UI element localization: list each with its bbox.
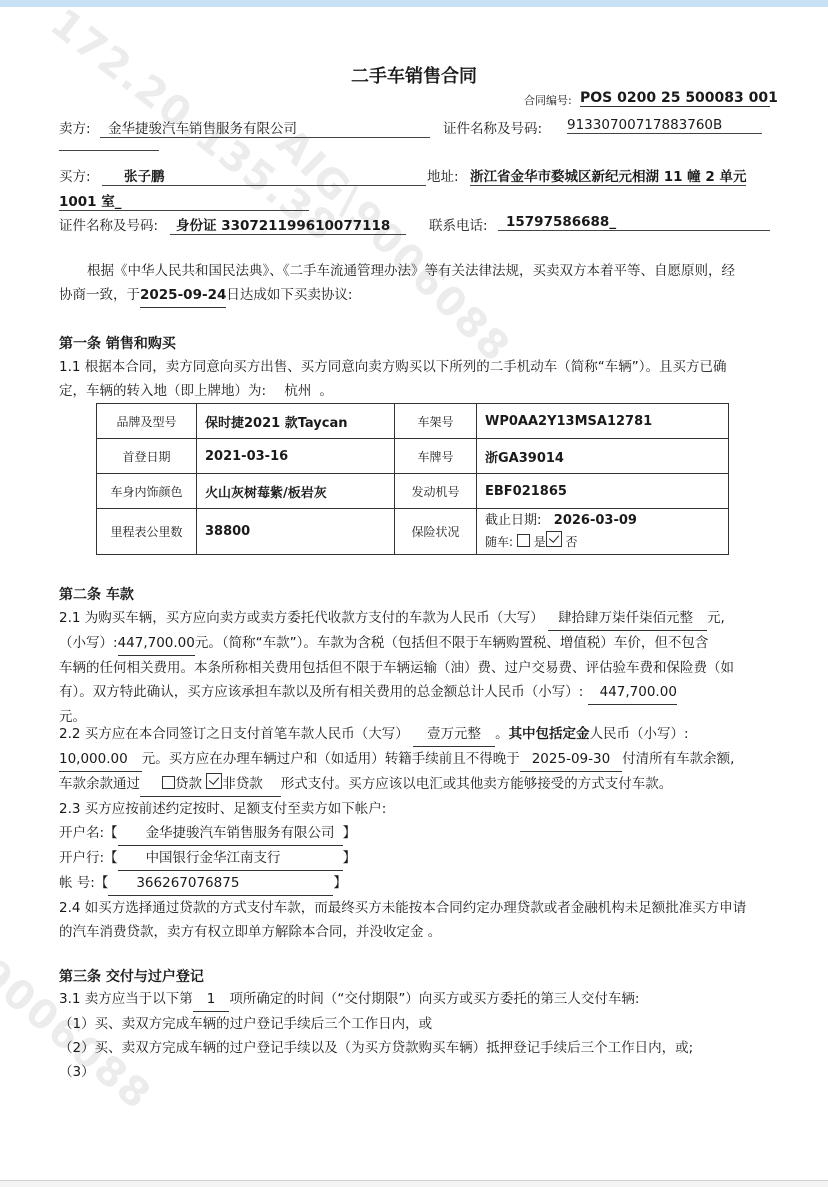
mileage-label: 里程表公里数: [97, 509, 197, 555]
article1-p1-end: 。: [319, 383, 333, 399]
buyer-address-line2: 1001 室_: [59, 190, 309, 211]
p21-text-b: 元,: [707, 610, 725, 626]
p31-text-b: 项所确定的时间（“交付期限”）向买方或买方委托的第三人交付车辆:: [229, 991, 639, 1007]
bank-line: 开户行:【中国银行金华江南支行】: [59, 846, 774, 871]
preamble: 根据《中华人民共和国民法典》、《二手车流通管理办法》等有关法律法规，买卖双方本着…: [59, 259, 774, 308]
bank-label: 开户行:【: [59, 850, 118, 866]
p21-line2: （小写）:447,700.00元。（简称“车款”）。车款为含税（包括但不限于车辆…: [59, 631, 774, 656]
first-registration-value: 2021-03-16: [197, 439, 395, 474]
p22-text-e: 付清所有车款余额,: [622, 751, 734, 767]
table-row: 里程表公里数 38800 保险状况 截止日期: 2026-03-09 随车: 是…: [97, 509, 729, 555]
p21-text-f: 有）。双方特此确认，买方应该承担车款以及所有相关费用的总金额总计人民币（小写）:: [59, 684, 583, 700]
buyer-address-label: 地址:: [427, 165, 459, 185]
color-value: 火山灰树莓紫/板岩灰: [197, 474, 395, 509]
agreement-date: 2025-09-24: [140, 283, 226, 308]
plate-label: 车牌号: [395, 439, 477, 474]
bracket-close: 】: [343, 850, 357, 866]
buyer-address-line1: 浙江省金华市婺城区新纪元相湖 11 幢 2 单元: [470, 165, 746, 186]
p22-text-a: 2.2 买方应在本合同签订之日支付首笔车款人民币（大写）: [59, 726, 409, 742]
deposit-amount: 10,000.00: [59, 747, 142, 772]
insurance-expiry-date: 2026-03-09: [554, 513, 637, 528]
account-name-label: 开户名:【: [59, 825, 118, 841]
delivery-option-1: （1）买、卖双方完成车辆的过户登记手续后三个工作日内，或: [59, 1012, 774, 1036]
p24-line2: 的汽车消费贷款，卖方有权立即单方解除本合同，并没收定金 。: [59, 920, 774, 944]
non-loan-checkbox[interactable]: [206, 773, 222, 789]
table-row: 品牌及型号 保时捷2021 款Taycan 车架号 WP0AA2Y13MSA12…: [97, 404, 729, 439]
insurance-expiry-label: 截止日期:: [485, 513, 541, 528]
article2-heading: 第二条 车款: [59, 584, 134, 604]
p22-deposit-bold: 其中包括定金: [509, 726, 590, 742]
price-lowercase: 447,700.00: [118, 631, 195, 656]
p21-text-d: 元。（简称“车款”）。车款为含税（包括但不限于车辆购置税、增值税）车价，但不包含: [195, 635, 709, 651]
insurance-with-car: 随车: 是 否: [485, 531, 720, 552]
insurance-yes-checkbox[interactable]: [517, 534, 530, 547]
p22-line1: 2.2 买方应在本合同签订之日支付首笔车款人民币（大写） 壹万元整。其中包括定金…: [59, 722, 774, 747]
p23-line: 2.3 买方应按前述约定按时、足额支付至卖方如下帐户:: [59, 797, 774, 821]
insurance-cell: 截止日期: 2026-03-09 随车: 是 否: [477, 509, 729, 555]
article1-p1: 1.1 根据本合同，卖方同意向买方出售、买方同意向卖方购买以下所列的二手机动车（…: [59, 355, 774, 404]
buyer-label: 买方:: [59, 165, 91, 185]
seller-underline-continuation: [59, 150, 159, 151]
contract-page: 二手车销售合同 合同编号: POS 0200 25 500083 001 卖方:…: [0, 0, 828, 1187]
seller-label: 卖方:: [59, 117, 91, 137]
document-title: 二手车销售合同: [0, 62, 828, 88]
insurance-expiry: 截止日期: 2026-03-09: [485, 511, 720, 531]
brand-value: 保时捷2021 款Taycan: [197, 404, 395, 439]
seller-id-value: 91330700717883760B: [567, 117, 762, 134]
loan-checkbox[interactable]: [162, 776, 175, 789]
article1-p1-text: 定，车辆的转入地（即上牌地）为:: [59, 383, 266, 399]
registration-place: 杭州: [270, 379, 319, 404]
delivery-option-3: （3）: [59, 1060, 774, 1084]
insurance-yes-label: 是: [534, 535, 546, 549]
loan-label: 贷款: [175, 776, 202, 792]
first-registration-label: 首登日期: [97, 439, 197, 474]
p21-text-c: （小写）:: [59, 635, 118, 651]
delivery-option-2: （2）买、卖双方完成车辆的过户登记手续以及（为买方贷款购买车辆）抵押登记手续后三…: [59, 1036, 774, 1060]
brand-label: 品牌及型号: [97, 404, 197, 439]
article1-heading: 第一条 销售和购买: [59, 333, 176, 353]
article3-p1: 3.1 卖方应当于以下第1项所确定的时间（“交付期限”）向买方或买方委托的第三人…: [59, 987, 774, 1084]
table-row: 首登日期 2021-03-16 车牌号 浙GA39014: [97, 439, 729, 474]
p31-text-a: 3.1 卖方应当于以下第: [59, 991, 193, 1007]
article2-p2: 2.2 买方应在本合同签订之日支付首笔车款人民币（大写） 壹万元整。其中包括定金…: [59, 722, 774, 944]
buyer-phone-label: 联系电话:: [429, 214, 488, 234]
engine-value: EBF021865: [477, 474, 729, 509]
insurance-no-checkbox[interactable]: [546, 531, 562, 547]
p22-text-c: 人民币（小写）:: [590, 726, 689, 742]
seller-id-label: 证件名称及号码:: [443, 117, 542, 137]
with-car-label: 随车:: [485, 535, 513, 549]
buyer-id-label: 证件名称及号码:: [59, 214, 158, 234]
table-row: 车身内饰颜色 火山灰树莓紫/板岩灰 发动机号 EBF021865: [97, 474, 729, 509]
p22-text-g: 形式支付。买方应该以电汇或其他卖方能够接受的方式支付车款。: [281, 776, 673, 792]
contract-no-label: 合同编号:: [524, 92, 572, 108]
color-label: 车身内饰颜色: [97, 474, 197, 509]
p21-line4: 有）。双方特此确认，买方应该承担车款以及所有相关费用的总金额总计人民币（小写）:…: [59, 680, 774, 705]
p21-text-a: 2.1 为购买车辆，买方应向卖方或卖方委托代收款方支付的车款为人民币（大写）: [59, 610, 544, 626]
seller-name: 金华捷骏汽车销售服务有限公司: [100, 117, 430, 138]
buyer-id-value: 身份证 330721199610077118: [170, 214, 406, 235]
payment-method: 贷款 非贷款: [140, 772, 281, 797]
preamble-line1: 根据《中华人民共和国民法典》、《二手车流通管理办法》等有关法律法规，买卖双方本着…: [59, 259, 774, 283]
article1-p1-line1: 1.1 根据本合同，卖方同意向买方出售、买方同意向卖方购买以下所列的二手机动车（…: [59, 355, 774, 379]
total-amount: 447,700.00: [588, 680, 677, 705]
vin-value: WP0AA2Y13MSA12781: [477, 404, 729, 439]
engine-label: 发动机号: [395, 474, 477, 509]
account-name-line: 开户名:【金华捷骏汽车销售服务有限公司】: [59, 821, 774, 846]
account-name: 金华捷骏汽车销售服务有限公司: [118, 821, 343, 846]
mileage-value: 38800: [197, 509, 395, 555]
p21-line1: 2.1 为购买车辆，买方应向卖方或卖方委托代收款方支付的车款为人民币（大写） 肆…: [59, 606, 774, 631]
account-number: 366267076875: [108, 871, 333, 896]
delivery-item-number: 1: [193, 987, 230, 1012]
buyer-phone-value: 15797586688_: [498, 214, 770, 231]
p21-line3: 车辆的任何相关费用。本条所称相关费用包括但不限于车辆运输（油）费、过户交易费、评…: [59, 656, 774, 680]
p22-text-d: 元。买方应在办理车辆过户和（如适用）转籍手续前且不得晚于: [142, 751, 520, 767]
bracket-close: 】: [333, 875, 347, 891]
preamble-line2: 协商一致，于2025-09-24日达成如下买卖协议:: [59, 283, 774, 308]
p22-line3: 车款余款通过贷款 非贷款形式支付。买方应该以电汇或其他卖方能够接受的方式支付车款…: [59, 772, 774, 797]
p22-line2: 10,000.00元。买方应在办理车辆过户和（如适用）转籍手续前且不得晚于202…: [59, 747, 774, 772]
insurance-no-label: 否: [566, 535, 578, 549]
payment-deadline: 2025-09-30: [520, 747, 622, 772]
contract-no: POS 0200 25 500083 001: [580, 90, 770, 107]
p31-line: 3.1 卖方应当于以下第1项所确定的时间（“交付期限”）向买方或买方委托的第三人…: [59, 987, 774, 1012]
article1-p1-line2: 定，车辆的转入地（即上牌地）为: 杭州。: [59, 379, 774, 404]
account-no-line: 帐 号:【366267076875】: [59, 871, 774, 896]
price-uppercase: 肆拾肆万柒仟柒佰元整: [548, 606, 707, 631]
preamble-text-c: 日达成如下买卖协议:: [226, 287, 352, 303]
p22-text-f: 车款余款通过: [59, 776, 140, 792]
buyer-name: 张子鹏: [102, 165, 426, 186]
p22-text-b: 。: [495, 726, 509, 742]
p24-line1: 2.4 如买方选择通过贷款的方式支付车款，而最终买方未能按本合同约定办理贷款或者…: [59, 896, 774, 920]
preamble-text-b: 协商一致，于: [59, 287, 140, 303]
article3-heading: 第三条 交付与过户登记: [59, 966, 204, 986]
insurance-label: 保险状况: [395, 509, 477, 555]
bank-name: 中国银行金华江南支行: [118, 846, 343, 871]
vin-label: 车架号: [395, 404, 477, 439]
vehicle-info-table: 品牌及型号 保时捷2021 款Taycan 车架号 WP0AA2Y13MSA12…: [96, 403, 729, 555]
first-payment-uppercase: 壹万元整: [413, 722, 495, 747]
bracket-close: 】: [343, 825, 357, 841]
account-no-label: 帐 号:【: [59, 875, 108, 891]
non-loan-label: 非贷款: [222, 776, 263, 792]
article2-p1: 2.1 为购买车辆，买方应向卖方或卖方委托代收款方支付的车款为人民币（大写） 肆…: [59, 606, 774, 729]
plate-value: 浙GA39014: [477, 439, 729, 474]
viewer-bottom-bar: [0, 1180, 828, 1187]
